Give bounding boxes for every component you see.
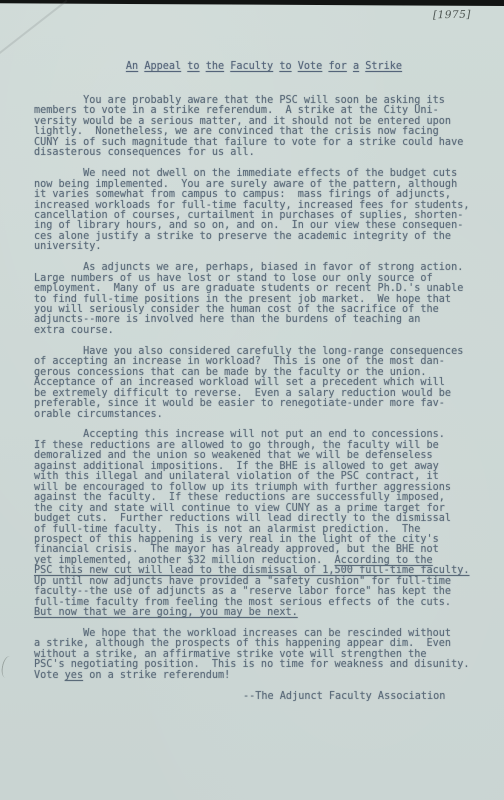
handwritten-year-annotation: [1975] xyxy=(433,9,471,22)
document-title: An Appeal to the Faculty to Vote for a S… xyxy=(48,61,480,73)
paragraph-3: As adjuncts we are, perhaps, biased in f… xyxy=(34,263,480,336)
paper-page: [1975] An Appeal to the Faculty to Vote … xyxy=(0,0,504,800)
paragraph-5: Accepting this increase will not put an … xyxy=(34,430,480,618)
scan-edge-top xyxy=(0,0,504,6)
pencil-mark xyxy=(0,655,15,679)
paragraph-2: We need not dwell on the immediate effec… xyxy=(34,169,480,253)
paragraph-4: Have you also considered carefully the l… xyxy=(34,347,480,420)
signature-line: --The Adjunct Faculty Association xyxy=(243,692,480,702)
document-body: An Appeal to the Faculty to Vote for a S… xyxy=(34,61,480,702)
paragraph-6: We hope that the workload increases can … xyxy=(34,629,480,681)
paper-corner-crease xyxy=(0,0,68,54)
paragraph-1: You are probably aware that the PSC will… xyxy=(34,96,480,159)
